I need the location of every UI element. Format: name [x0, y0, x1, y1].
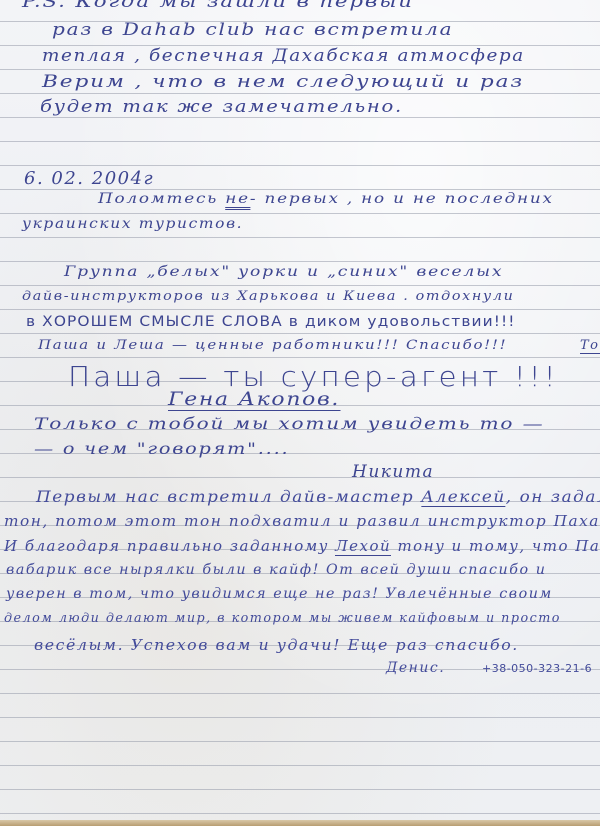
entry4-line-1: Первым нас встретил дайв-мастер Алексей,… — [36, 487, 600, 506]
ruled-lines — [0, 0, 600, 826]
entry4-line-7: весёлым. Успехов вам и удачи! Еще раз сп… — [34, 636, 519, 654]
entry2-signature: Гена Акопов. — [168, 388, 340, 411]
entry1-line-2: украинских туристов. — [22, 216, 243, 232]
entry4-underlined-name-2: Лехой — [335, 537, 391, 556]
guestbook-page: P.S. Когда мы зашли в первый раз в Dahab… — [0, 0, 600, 826]
entry3-signature: Никита — [352, 462, 434, 482]
entry1-line-1-start: Поломтесь — [98, 191, 225, 207]
entry2-line-3: в ХОРОШЕМ СМЫСЛЕ СЛОВА в диком удовольст… — [26, 314, 516, 330]
entry4-line-3: И благодаря правильно заданному Лехой то… — [4, 537, 600, 555]
entry4-line-1-start: Первым нас встретил дайв-мастер — [36, 487, 421, 506]
ps-line-1: P.S. Когда мы зашли в первый — [22, 0, 414, 12]
entry1-underlined-word: не — [225, 191, 250, 210]
entry3-line-2: — о чем "говорят".... — [34, 439, 289, 458]
entry1-line-1-end: - первых , но и не последних — [250, 191, 554, 207]
entry2-line-4-tail: Тош — [580, 338, 600, 354]
entry4-phone: +38-050-323-21-6 — [482, 662, 592, 675]
ps-line-5: будет так же замечательно. — [40, 97, 403, 117]
entry4-line-5: уверен в том, что увидимся еще не раз! У… — [6, 586, 553, 602]
page-bottom-edge — [0, 820, 600, 826]
ps-line-4: Верим , что в нем следующий и раз — [42, 72, 524, 92]
entry2-line-2: дайв-инструкторов из Харькова и Киева . … — [22, 289, 514, 304]
entry4-signature: Денис. — [386, 660, 445, 676]
entry2-line-4: Паша и Леша — ценные работники!!! Спасиб… — [38, 338, 507, 353]
entry1-line-1: Поломтесь не- первых , но и не последних — [98, 191, 554, 207]
entry3-line-1: Только с тобой мы хотим увидеть то — — [34, 414, 544, 433]
entry-date: 6. 02. 2004г — [24, 168, 154, 189]
entry4-line-6: делом люди делают мир, в котором мы живе… — [4, 611, 561, 626]
entry4-line-2: тон, потом этот тон подхватил и развил и… — [4, 512, 600, 530]
entry4-line-3-end: тону и тому, что Па — [391, 537, 600, 555]
entry2-line-1: Группа „белых" уорки и „синих" веселых — [64, 264, 503, 280]
entry4-line-4: вабарик все нырялки были в кайф! От всей… — [6, 562, 546, 578]
ps-line-2: раз в Dahab club нас встретила — [52, 20, 453, 40]
entry4-line-1-end: , он задал — [506, 487, 600, 506]
entry4-line-3-start: И благодаря правильно заданному — [4, 537, 335, 555]
ps-line-3: теплая , беспечная Дахабская атмосфера — [42, 46, 525, 66]
entry4-underlined-name-1: Алексей — [421, 487, 506, 507]
